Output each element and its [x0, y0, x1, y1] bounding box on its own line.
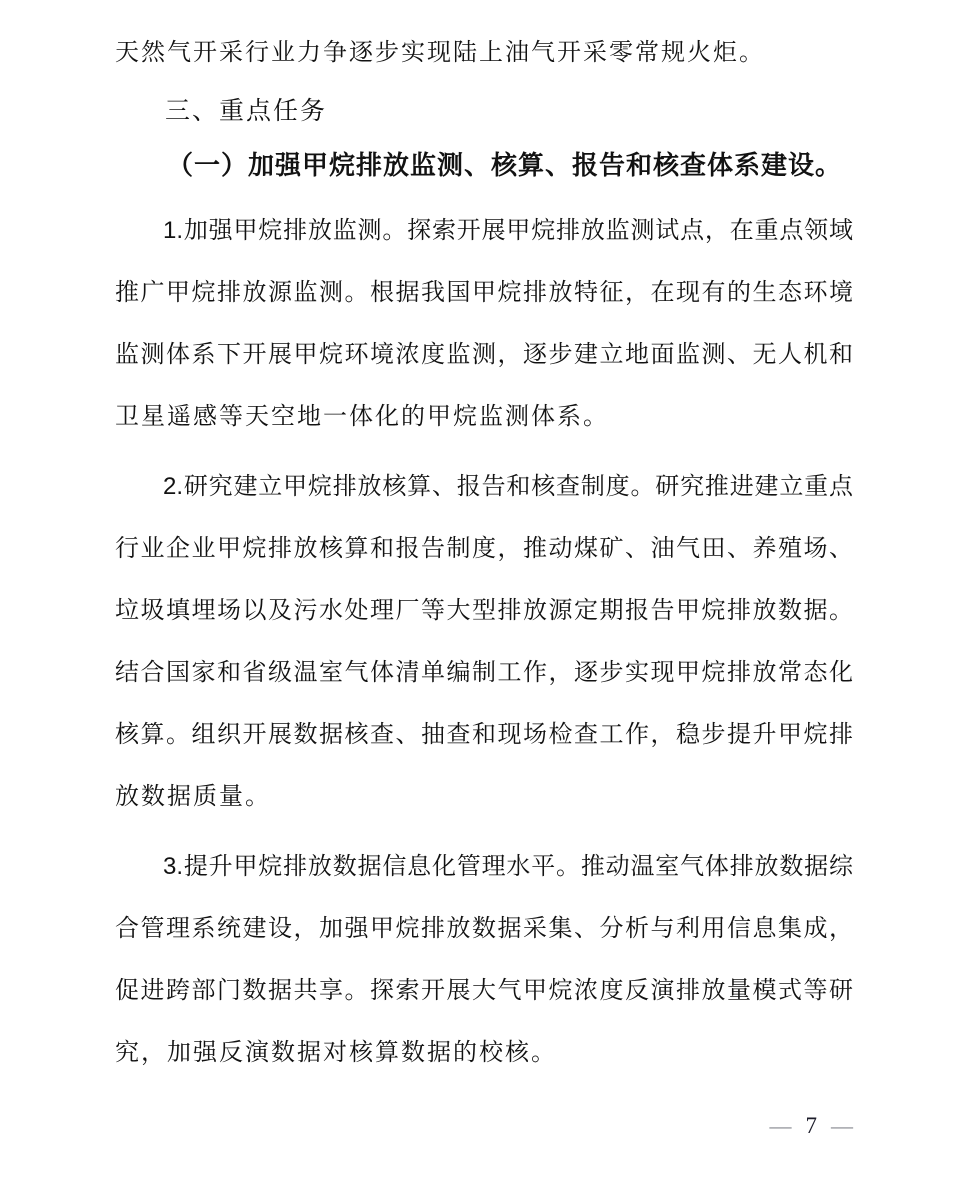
body-line: 2.研究建立甲烷排放核算、报告和核查制度。研究推进建立重点	[115, 456, 853, 518]
body-line: 监测体系下开展甲烷环境浓度监测，逐步建立地面监测、无人机和	[115, 324, 853, 386]
body-line: 结合国家和省级温室气体清单编制工作，逐步实现甲烷排放常态化	[115, 642, 853, 704]
section-heading: 三、重点任务	[115, 84, 853, 138]
body-line: 合管理系统建设，加强甲烷排放数据采集、分析与利用信息集成，	[115, 898, 853, 960]
intro-line: 天然气开采行业力争逐步实现陆上油气开采零常规火炬。	[115, 22, 853, 84]
body-line: 核算。组织开展数据核查、抽查和现场检查工作，稳步提升甲烷排	[115, 704, 853, 766]
body-line: 1.加强甲烷排放监测。探索开展甲烷排放监测试点，在重点领域	[115, 200, 853, 262]
page-footer: —7—	[770, 1108, 854, 1144]
document-content: 天然气开采行业力争逐步实现陆上油气开采零常规火炬。 三、重点任务 （一）加强甲烷…	[0, 0, 963, 1084]
footer-dash-left: —	[770, 1113, 792, 1138]
body-line: 放数据质量。	[115, 766, 853, 828]
body-line: 3.提升甲烷排放数据信息化管理水平。推动温室气体排放数据综	[115, 836, 853, 898]
body-line: 究，加强反演数据对核算数据的校核。	[115, 1022, 853, 1084]
paragraph-2: 2.研究建立甲烷排放核算、报告和核查制度。研究推进建立重点 行业企业甲烷排放核算…	[115, 456, 853, 828]
body-line: 促进跨部门数据共享。探索开展大气甲烷浓度反演排放量模式等研	[115, 960, 853, 1022]
subsection-heading: （一）加强甲烷排放监测、核算、报告和核查体系建设。	[115, 138, 853, 192]
footer-dash-right: —	[831, 1113, 853, 1138]
body-line: 垃圾填埋场以及污水处理厂等大型排放源定期报告甲烷排放数据。	[115, 580, 853, 642]
page-number: 7	[806, 1113, 818, 1138]
body-line: 推广甲烷排放源监测。根据我国甲烷排放特征，在现有的生态环境	[115, 262, 853, 324]
paragraph-3: 3.提升甲烷排放数据信息化管理水平。推动温室气体排放数据综 合管理系统建设，加强…	[115, 836, 853, 1084]
body-line: 卫星遥感等天空地一体化的甲烷监测体系。	[115, 386, 853, 448]
body-line: 行业企业甲烷排放核算和报告制度，推动煤矿、油气田、养殖场、	[115, 518, 853, 580]
document-page: 天然气开采行业力争逐步实现陆上油气开采零常规火炬。 三、重点任务 （一）加强甲烷…	[0, 0, 963, 1198]
paragraph-1: 1.加强甲烷排放监测。探索开展甲烷排放监测试点，在重点领域 推广甲烷排放源监测。…	[115, 200, 853, 448]
